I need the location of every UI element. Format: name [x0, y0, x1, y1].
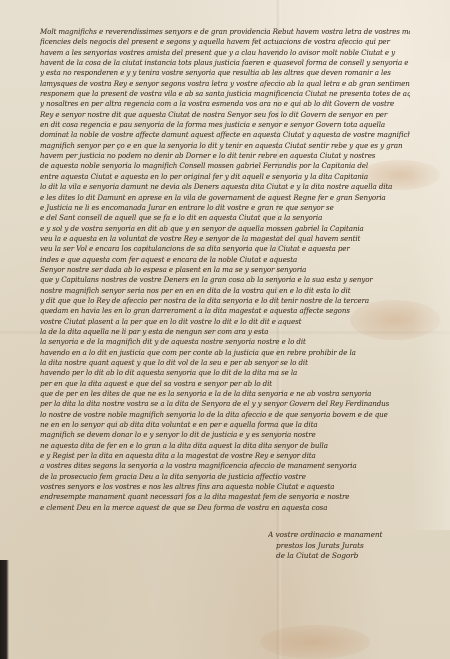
text-line: nostre magnifich senyor seria nos per en…	[40, 286, 410, 296]
text-line: indes e que aquesta com fer aquest e enc…	[40, 255, 410, 265]
text-line: e Justicia ne li es encomanada Jurar en …	[40, 203, 410, 213]
text-line: havent de la cosa de la ciutat instancia…	[40, 58, 410, 68]
paper-stain	[260, 625, 370, 659]
text-line: responem que la present de vostra vila e…	[40, 89, 410, 99]
text-line: en dit cosa regencia e pau senyoria de l…	[40, 120, 410, 130]
text-line: havendo en a lo dit en justicia que com …	[40, 348, 410, 358]
text-line: e clement Deu en la merce aquest de que …	[40, 503, 410, 513]
text-line: ne aquesta dita de fer en e lo gran a la…	[40, 441, 410, 451]
text-line: e les dites lo dit Damunt en aprese en l…	[40, 193, 410, 203]
text-line: de aquesta noble senyoria lo magnifich C…	[40, 161, 410, 171]
text-line: ne en en lo senyor qui ab dita dita volu…	[40, 420, 410, 430]
text-line: lamysques de vostra Rey e senyor segons …	[40, 79, 410, 89]
text-line: vostres senyors e los vostres e nos les …	[40, 482, 410, 492]
signature-line: A vostre ordinacio e manament	[268, 530, 408, 541]
text-line: Rey e senyor nostre dit que aquesta Ciut…	[40, 110, 410, 120]
text-line: vostre Ciutat plasent a la per que en lo…	[40, 317, 410, 327]
text-line: la senyoria e de la magnifich dit y de a…	[40, 337, 410, 347]
right-edge-wear	[412, 60, 450, 530]
text-line: havendo per lo dit ab lo dit aquesta sen…	[40, 368, 410, 378]
signature-block: A vostre ordinacio e manament prestos lo…	[268, 530, 408, 562]
text-line: dominat la noble de vostre affecte damun…	[40, 130, 410, 140]
text-line: magnifich senyor per ço e en que la seny…	[40, 141, 410, 151]
text-line: y esta no responderen e y y tenira vostr…	[40, 68, 410, 78]
text-line: havem a les senyorias vostres amista del…	[40, 48, 410, 58]
text-line: veu la ser Vol e encara los capitulancio…	[40, 244, 410, 254]
text-line: a vostres dites segons la senyoria a la …	[40, 461, 410, 471]
signature-line: prestos los Jurats Jurats	[268, 541, 408, 552]
letter-body: Molt magnifichs e reverendissimes senyor…	[40, 27, 410, 513]
signature-line: de la Ciutat de Sogorb	[268, 551, 408, 562]
text-line: entre aquesta Ciutat e aquesta en lo per…	[40, 172, 410, 182]
text-line: e y Regist per la dita en aquesta dita a…	[40, 451, 410, 461]
text-line: la de la dita aquella ne li par y esta d…	[40, 327, 410, 337]
text-line: Molt magnifichs e reverendissimes senyor…	[40, 27, 410, 37]
text-line: y nosaltres en per altra regencia com a …	[40, 99, 410, 109]
text-line: quedam en havia les en lo gran darrerame…	[40, 306, 410, 316]
text-line: magnifich se devem donar lo e y senyor l…	[40, 430, 410, 440]
text-line: havem per justicia no podem no denir ab …	[40, 151, 410, 161]
dark-page-edge	[0, 560, 9, 659]
text-line: ficencies dels negocis del present e seg…	[40, 37, 410, 47]
manuscript-page: Molt magnifichs e reverendissimes senyor…	[0, 0, 450, 659]
text-line: que de per en les dites de que ne es la …	[40, 389, 410, 399]
text-line: e del Sant consell de aquell que se fa e…	[40, 213, 410, 223]
text-line: que y Capitulans nostres de vostre Dener…	[40, 275, 410, 285]
text-line: lo nostre de vostre noble magnifich seny…	[40, 410, 410, 420]
text-line: la dita nostre quant aquest y que lo dit…	[40, 358, 410, 368]
text-line: veu la e aquesta en la voluntat de vostr…	[40, 234, 410, 244]
text-line: e y sol y de vostra senyoria en dit ab q…	[40, 224, 410, 234]
text-line: per en que la dita aquest e que del sa v…	[40, 379, 410, 389]
text-line: y dit que que lo Rey de afeccio per nost…	[40, 296, 410, 306]
text-line: per la dita la dita nostre vostra se a l…	[40, 399, 410, 409]
text-line: de la prosecucio fem gracia Deu a la dit…	[40, 472, 410, 482]
text-line: lo dit la vila e senyoria damunt ne devi…	[40, 182, 410, 192]
text-line: Senyor nostre ser dada ab lo espesa e pl…	[40, 265, 410, 275]
text-line: endresempte manament quant necessari fos…	[40, 492, 410, 502]
